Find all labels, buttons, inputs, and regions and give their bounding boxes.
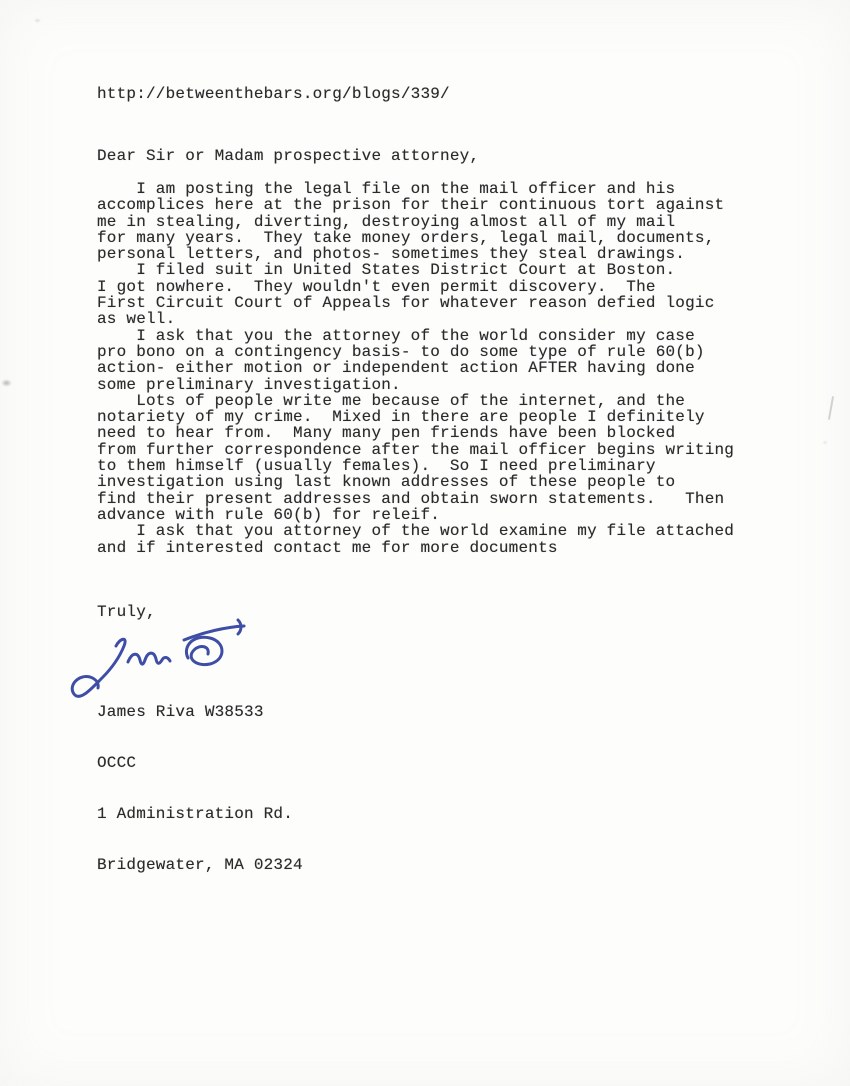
letter-body-line: I ask that you the attorney of the world… xyxy=(97,328,734,344)
letter-body-line: pro bono on a contingency basis- to do s… xyxy=(97,344,734,360)
letter-body-line: find their present addresses and obtain … xyxy=(97,491,734,507)
letter-body-line: notariety of my crime. Mixed in there ar… xyxy=(97,409,734,425)
letter-body-line: for many years. They take money orders, … xyxy=(97,230,734,246)
scan-dot-mid-right xyxy=(822,440,828,445)
letter-body-line: I filed suit in United States District C… xyxy=(97,262,734,278)
sender-name: James Riva W38533 xyxy=(97,704,303,721)
letter-body-line: I got nowhere. They wouldn't even permit… xyxy=(97,279,734,295)
letter-salutation: Dear Sir or Madam prospective attorney, xyxy=(97,148,479,164)
letter-body-line: I am posting the legal file on the mail … xyxy=(97,181,734,197)
letter-source-url: http://betweenthebars.org/blogs/339/ xyxy=(97,86,450,102)
letter-body-line: and if interested contact me for more do… xyxy=(97,540,734,556)
letter-body-line: me in stealing, diverting, destroying al… xyxy=(97,214,734,230)
scan-speck-left-edge xyxy=(1,379,12,387)
letter-body-line: to them himself (usually females). So I … xyxy=(97,458,734,474)
sender-address-street: 1 Administration Rd. xyxy=(97,806,303,823)
sender-address-city: Bridgewater, MA 02324 xyxy=(97,857,303,874)
letter-body-line: Lots of people write me because of the i… xyxy=(97,393,734,409)
scan-slash-right-edge xyxy=(828,396,834,420)
signature-block: James Riva W38533 OCCC 1 Administration … xyxy=(97,670,303,908)
scanned-letter-page: http://betweenthebars.org/blogs/339/ Dea… xyxy=(0,0,850,1086)
letter-body-line: action- either motion or independent act… xyxy=(97,360,734,376)
letter-body-line: First Circuit Court of Appeals for whate… xyxy=(97,295,734,311)
letter-body-line: I ask that you attorney of the world exa… xyxy=(97,523,734,539)
letter-body-line: some preliminary investigation. xyxy=(97,377,734,393)
signature-m-humps xyxy=(128,653,170,664)
sender-institution: OCCC xyxy=(97,755,303,772)
letter-body-line: accomplices here at the prison for their… xyxy=(97,197,734,213)
signature-scribble xyxy=(186,637,222,664)
scan-dot-top-left xyxy=(34,18,41,23)
letter-body-line: as well. xyxy=(97,311,734,327)
letter-body: I am posting the legal file on the mail … xyxy=(97,181,734,556)
letter-body-line: from further correspondence after the ma… xyxy=(97,442,734,458)
letter-body-line: need to hear from. Many many pen friends… xyxy=(97,425,734,441)
letter-body-line: investigation using last known addresses… xyxy=(97,474,734,490)
letter-body-line: personal letters, and photos- sometimes … xyxy=(97,246,734,262)
letter-body-line: advance with rule 60(b) for releif. xyxy=(97,507,734,523)
